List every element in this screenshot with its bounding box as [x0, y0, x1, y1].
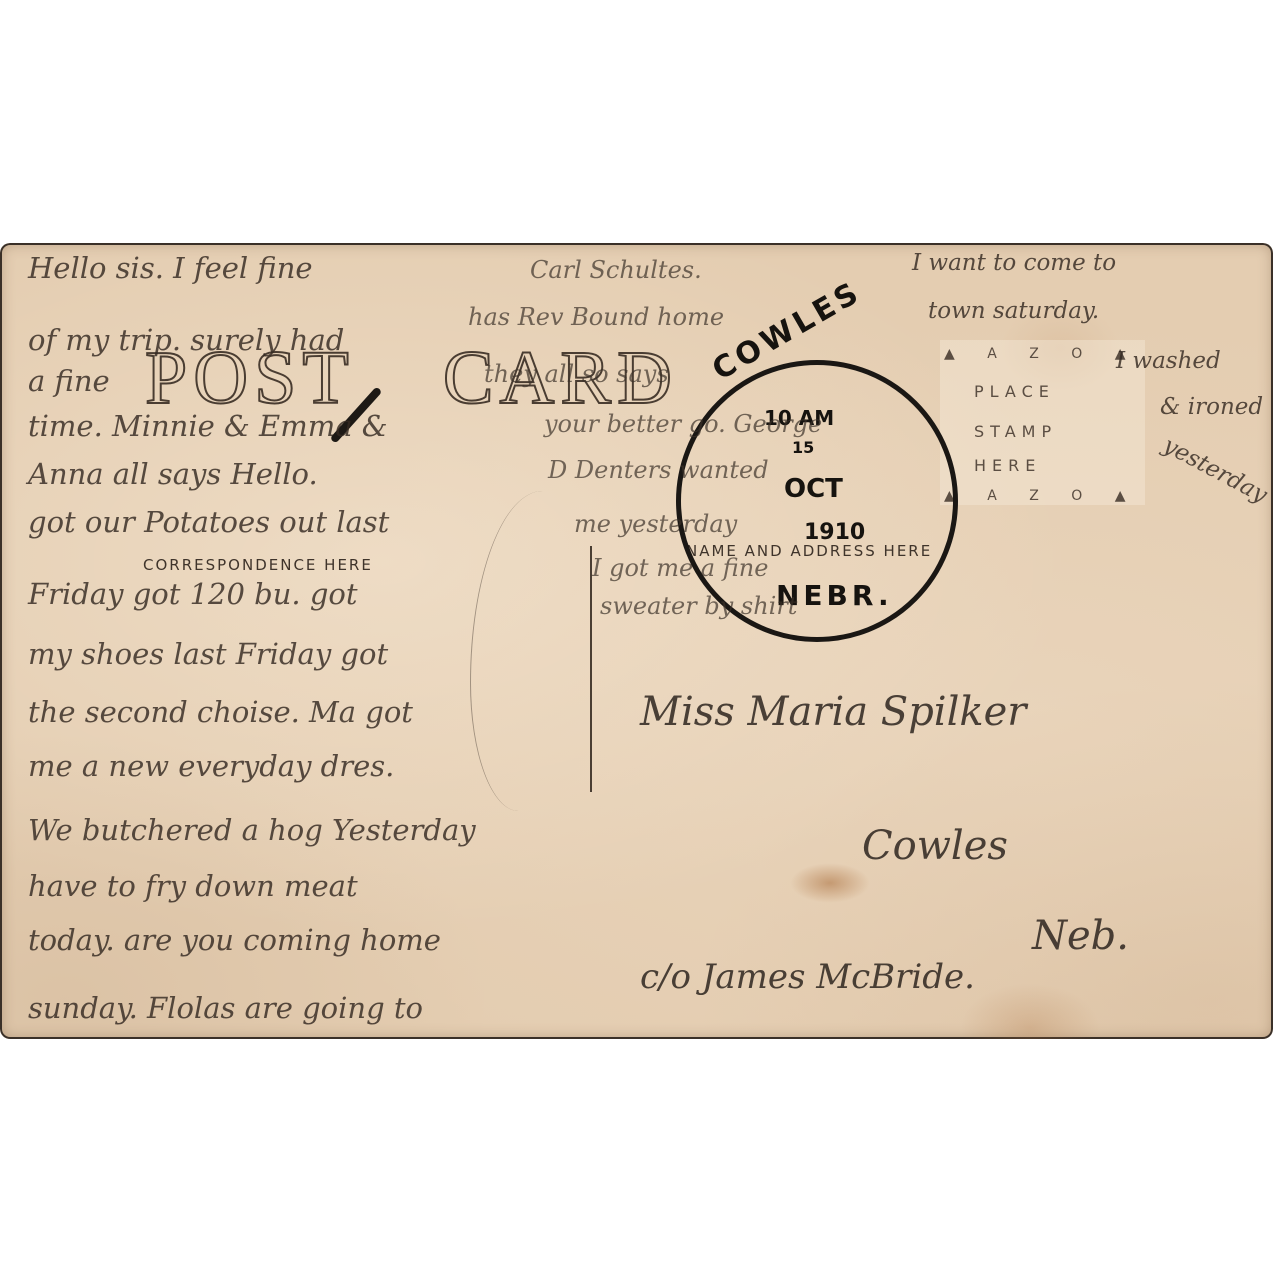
message-line: my shoes last Friday got [28, 640, 388, 669]
message-line: Carl Schultes. [530, 258, 702, 282]
stamp-box-line2: STAMP [974, 422, 1057, 441]
postmark-year: 1910 [804, 522, 865, 544]
message-line: of my trip. surely had [28, 326, 344, 355]
message-line: & ironed [1160, 396, 1263, 419]
postmark-day: 15 [792, 440, 814, 456]
water-stain [790, 863, 870, 903]
message-line: got our Potatoes out last [28, 508, 389, 537]
message-line: today. are you coming home [28, 926, 441, 955]
message-line: sweater by shirt [600, 594, 797, 618]
message-line: me a new everyday dres. [28, 752, 394, 781]
stamp-box: ▲ A Z O ▲ PLACE STAMP HERE ▲ A Z O ▲ [940, 340, 1145, 505]
message-line: they all so says [484, 362, 669, 386]
divider-line [590, 546, 592, 792]
message-line: your better go. George [544, 412, 822, 436]
message-line: Friday got 120 bu. got [28, 580, 358, 609]
message-line: the second choise. Ma got [28, 698, 413, 727]
message-line: I want to come to [912, 252, 1116, 275]
stamp-box-bottom-row: ▲ A Z O ▲ [944, 488, 1140, 504]
message-line: sunday. Flolas are going to [28, 994, 423, 1023]
pencil-curve-line [470, 491, 591, 811]
message-line: Hello sis. I feel fine [28, 254, 313, 283]
recipient-care-of: c/o James McBride. [640, 960, 975, 994]
recipient-town: Cowles [862, 826, 1008, 866]
water-stain [960, 983, 1100, 1039]
message-line: have to fry down meat [28, 872, 358, 901]
recipient-state: Neb. [1032, 916, 1129, 956]
message-line: town saturday. [928, 300, 1099, 323]
message-line: I got me a fine [592, 556, 768, 580]
recipient-name: Miss Maria Spilker [640, 692, 1026, 732]
message-line: We butchered a hog Yesterday [28, 816, 476, 845]
message-line: a fine [28, 367, 110, 396]
message-line: time. Minnie & Emma & [28, 412, 388, 441]
message-line: me yesterday [574, 512, 737, 536]
message-line: Anna all says Hello. [28, 460, 318, 489]
stamp-box-top-row: ▲ A Z O ▲ [944, 346, 1140, 362]
correspondence-label: CORRESPONDENCE HERE [143, 556, 373, 574]
message-line: I washed [1116, 350, 1221, 373]
stamp-box-line1: PLACE [974, 382, 1055, 401]
stamp-box-line3: HERE [974, 456, 1041, 475]
postmark-month: OCT [784, 476, 843, 502]
message-line: D Denters wanted [548, 458, 769, 482]
message-line: has Rev Bound home [468, 305, 724, 329]
